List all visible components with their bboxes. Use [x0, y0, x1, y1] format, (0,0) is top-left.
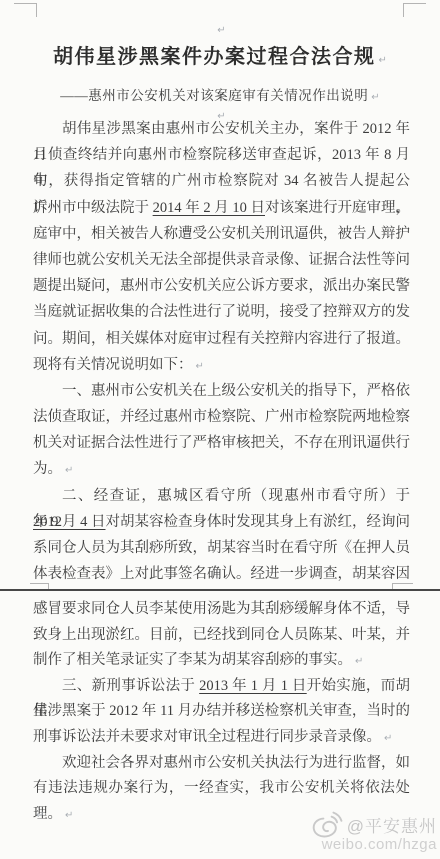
- body-text: 感冒要求同仓人员李某使用汤匙为其刮痧缓解身体不适，导: [33, 601, 410, 617]
- underlined-date: 2013 年 1 月 1 日: [199, 678, 307, 694]
- body-line: 机关对证据合法性进行了严格审核把关，不存在刑讯逼供行: [33, 430, 410, 456]
- body-text: 现将有关情况说明如下：: [33, 357, 193, 373]
- body-line: 致身上出现淤红。目前，已经找到同仓人员陈某、叶某，并: [33, 623, 410, 649]
- weibo-handle: @平安惠州: [347, 812, 437, 837]
- body-line: 有违法违规办案行为，一经查实，我市公安机关将依法处理。↵: [33, 776, 410, 802]
- body-line: 一、惠州市公安机关在上级公安机关的指导下，严格依: [33, 378, 410, 404]
- body-line: 广州市中级法院于 2014 年 2 月 10 日对该案进行开庭审理，: [33, 195, 410, 221]
- underlined-date: 2014 年 2 月 10 日: [153, 200, 265, 216]
- body-text: 系同仓人员为其刮痧所致，胡某容当时在看守所《在押人员: [33, 540, 410, 556]
- body-text: 广州市中级法院于: [33, 200, 153, 216]
- body-line: 问。期间，相关媒体对庭审过程有关控辩内容进行了报道。: [33, 326, 410, 352]
- body-text: 星涉黑案于 2012 年 11 月办结并移送检察机关审查，当时的: [33, 703, 410, 719]
- body-line: 制作了相关笔录证实了李某为胡某容刮痧的事实。↵: [33, 648, 410, 674]
- body-line: 三、新刑事诉讼法于 2013 年 1 月 1 日开始实施，而胡伟: [33, 674, 410, 700]
- body-page-2: 感冒要求同仓人员李某使用汤匙为其刮痧缓解身体不适，导致身上出现淤红。目前，已经找…: [33, 597, 410, 827]
- body-text: 为。: [33, 461, 62, 477]
- body-text: 机关对证据合法性进行了严格审核把关，不存在刑讯逼供行: [33, 435, 410, 451]
- body-text: 题提出疑问，惠州市公安机关应公诉方要求，派出办案民警: [33, 278, 410, 294]
- paragraph-mark: ↵: [65, 465, 73, 476]
- paragraph-mark: ↵: [371, 92, 379, 103]
- crop-mark-top-left: [14, 3, 37, 17]
- paragraph-mark: ↵: [65, 810, 73, 821]
- body-line: 体表检查表》上对此事签名确认。经进一步调查，胡某容因: [33, 561, 410, 587]
- body-line: 为。↵: [33, 456, 410, 482]
- body-text: 三、新刑事诉讼法于: [62, 678, 199, 694]
- document-title-text: 胡伟星涉黑案件办案过程合法合规: [53, 46, 376, 68]
- underlined-date: 年 9 月 4 日: [33, 514, 106, 530]
- paragraph-mark: ↵: [379, 55, 387, 66]
- body-line: 庭审中，相关被告人称遭受公安机关刑讯逼供，被告人辩护: [33, 221, 410, 247]
- document-subtitle-text: ——惠州市公安机关对该案庭审有关情况作出说明: [60, 88, 368, 103]
- paragraph-mark: ↵: [196, 361, 204, 372]
- body-line: 刑事诉讼法并未要求对审讯全过程进行同步录音录像。↵: [33, 725, 410, 751]
- body-text: 律师也就公安机关无法全部提供录音录像、证据合法性等问: [33, 252, 410, 268]
- weibo-watermark: @平安惠州: [312, 810, 437, 838]
- body-text: 刑事诉讼法并未要求对审讯全过程进行同步录音录像。: [33, 729, 381, 745]
- body-line: 法侦查取证，并经过惠州市检察院、广州市检察院两地检察: [33, 404, 410, 430]
- body-line: 当庭就证据收集的合法性进行了说明，接受了控辩双方的发: [33, 299, 410, 325]
- body-line: 题提出疑问，惠州市公安机关应公诉方要求，派出办案民警: [33, 273, 410, 299]
- body-text: 二、经查证，惠城区看守所（现惠州市看守所）于: [62, 488, 410, 504]
- body-text: 体表检查表》上对此事签名确认。经进一步调查，胡某容因: [33, 566, 410, 582]
- body-line: 星涉黑案于 2012 年 11 月办结并移送检察机关审查，当时的: [33, 699, 410, 725]
- body-page-1: 胡伟星涉黑案由惠州市公安机关主办，案件于 2012 年 11月侦查终结并向惠州市…: [33, 116, 410, 587]
- body-text: 法侦查取证，并经过惠州市检察院、广州市检察院两地检察: [33, 409, 410, 425]
- body-text: 一、惠州市公安机关在上级公安机关的指导下，严格依: [62, 383, 410, 399]
- empty-paragraph-mark: ↵: [0, 24, 440, 36]
- body-line: 系同仓人员为其刮痧所致，胡某容当时在看守所《在押人员: [33, 535, 410, 561]
- body-text: 欢迎社会各界对惠州市公安机关执法行为进行监督，如: [62, 755, 410, 771]
- body-line: 律师也就公安机关无法全部提供录音录像、证据合法性等问: [33, 247, 410, 273]
- body-line: 现将有关情况说明如下：↵: [33, 352, 410, 378]
- body-text: 当庭就证据收集的合法性进行了说明，接受了控辩双方的发: [33, 304, 410, 320]
- page-divider: [0, 589, 440, 591]
- body-line: 月侦查终结并向惠州市检察院移送审查起诉，2013 年 8 月中: [33, 142, 410, 168]
- body-line: 欢迎社会各界对惠州市公安机关执法行为进行监督，如: [33, 751, 410, 777]
- body-text: 问。期间，相关媒体对庭审过程有关控辩内容进行了报道。: [33, 331, 410, 347]
- body-line: 感冒要求同仓人员李某使用汤匙为其刮痧缓解身体不适，导: [33, 597, 410, 623]
- crop-mark-top-right: [403, 3, 426, 17]
- document-subtitle: ——惠州市公安机关对该案庭审有关情况作出说明↵: [0, 84, 440, 104]
- body-line: 旬，获得指定管辖的广州市检察院对 34 名被告人提起公诉。: [33, 168, 410, 194]
- body-line: 胡伟星涉黑案由惠州市公安机关主办，案件于 2012 年 11: [33, 116, 410, 142]
- paragraph-mark: ↵: [355, 656, 363, 667]
- body-text: 致身上出现淤红。目前，已经找到同仓人员陈某、叶某，并: [33, 627, 410, 643]
- body-text: 对胡某容检查身体时发现其身上有淤红，经询问: [106, 514, 411, 530]
- body-text: 庭审中，相关被告人称遭受公安机关刑讯逼供，被告人辩护: [33, 226, 410, 242]
- body-line: 二、经查证，惠城区看守所（现惠州市看守所）于 2012: [33, 483, 410, 509]
- paragraph-mark: ↵: [36, 810, 44, 821]
- document-title: 胡伟星涉黑案件办案过程合法合规↵: [0, 40, 440, 69]
- paragraph-mark: ↵: [384, 733, 392, 744]
- weibo-url: weibo.com/hzga: [322, 836, 437, 853]
- body-text: 制作了相关笔录证实了李某为胡某容刮痧的事实。: [33, 652, 352, 668]
- weibo-logo-icon: [312, 810, 343, 838]
- body-text: 对该案进行开庭审理，: [265, 200, 410, 216]
- paragraph-mark: ↵: [217, 25, 225, 36]
- document-page: ↵ 胡伟星涉黑案件办案过程合法合规↵ ——惠州市公安机关对该案庭审有关情况作出说…: [0, 0, 440, 859]
- body-line: 年 9 月 4 日对胡某容检查身体时发现其身上有淤红，经询问: [33, 509, 410, 535]
